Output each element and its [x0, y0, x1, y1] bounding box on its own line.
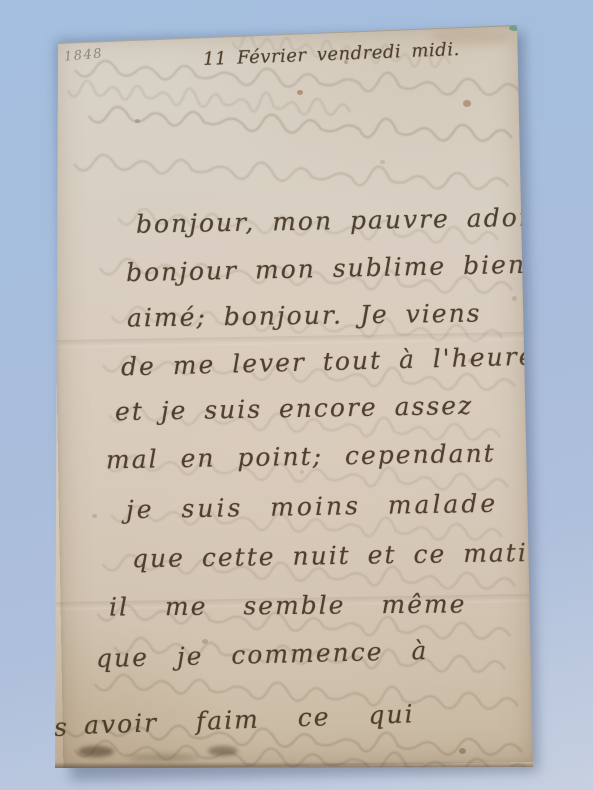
letter-page: 1848 11 Février vendredi midi. bonjour, … [0, 0, 593, 790]
paper-vignette [51, 25, 534, 770]
photo: 1848 11 Février vendredi midi. bonjour, … [0, 0, 593, 790]
